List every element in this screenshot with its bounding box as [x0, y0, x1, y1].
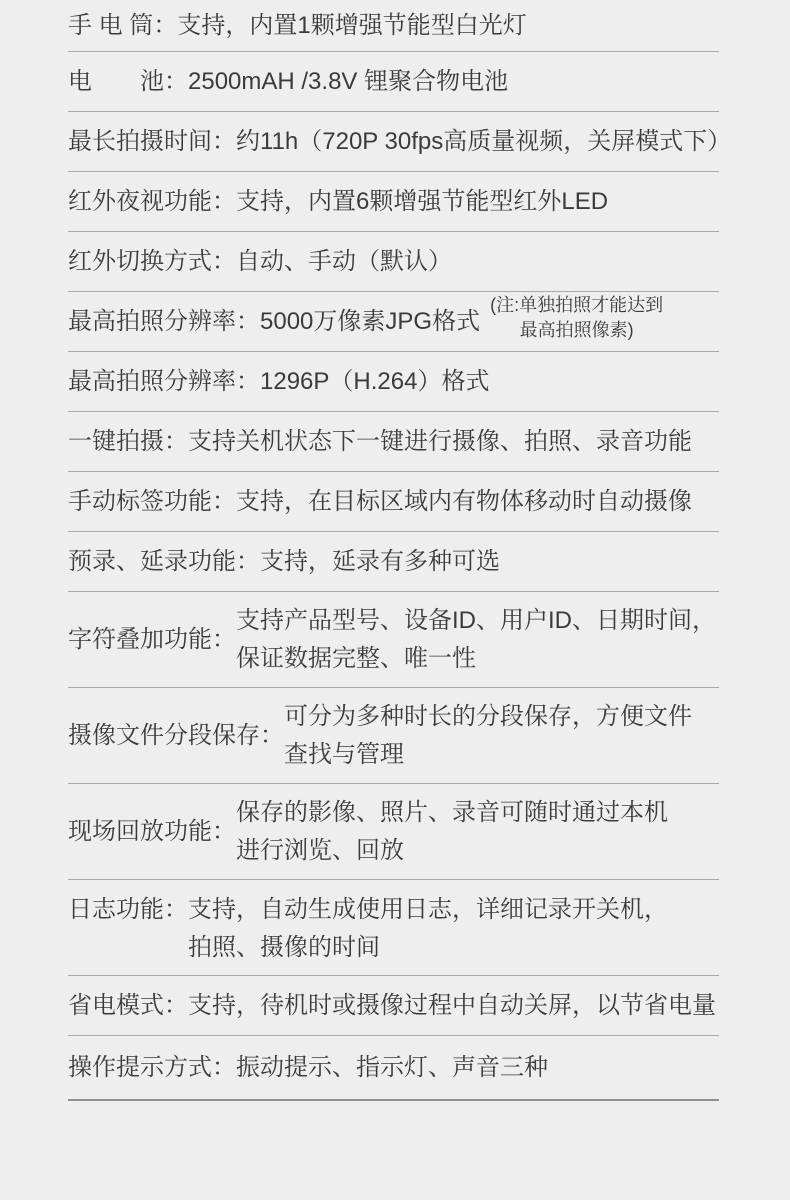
spec-value: 2500mAH /3.8V 锂聚合物电池: [188, 67, 508, 97]
spec-table: 手 电 筒：支持，内置1颗增强节能型白光灯电 池：2500mAH /3.8V 锂…: [0, 0, 790, 1101]
spec-label: 最高拍照分辨率：: [68, 367, 260, 397]
spec-label: 省电模式：: [68, 991, 188, 1021]
spec-label: 手 电 筒：: [68, 11, 177, 41]
spec-row: 操作提示方式：振动提示、指示灯、声音三种: [68, 1036, 719, 1101]
spec-row: 最高拍照分辨率：5000万像素JPG格式(注:单独拍照才能达到 最高拍照像素): [68, 292, 719, 352]
spec-label: 电 池：: [68, 67, 188, 97]
spec-row: 现场回放功能：保存的影像、照片、录音可随时通过本机进行浏览、回放: [68, 784, 719, 880]
spec-row: 一键拍摄：支持关机状态下一键进行摄像、拍照、录音功能: [68, 412, 719, 472]
bottom-spacer: [0, 1101, 790, 1200]
spec-value-lines: 可分为多种时长的分段保存，方便文件查找与管理: [284, 698, 692, 774]
spec-row: 预录、延录功能：支持，延录有多种可选: [68, 532, 719, 592]
spec-value-line: 拍照、摄像的时间: [188, 929, 668, 967]
spec-value: 支持，延录有多种可选: [260, 547, 500, 577]
spec-value-line: 可分为多种时长的分段保存，方便文件: [284, 698, 692, 736]
spec-value-lines: 支持，自动生成使用日志，详细记录开关机，拍照、摄像的时间: [188, 891, 668, 967]
spec-label: 日志功能：: [68, 891, 188, 929]
spec-row: 最高拍照分辨率：1296P（H.264）格式: [68, 352, 719, 412]
spec-row: 红外夜视功能：支持，内置6颗增强节能型红外LED: [68, 172, 719, 232]
spec-row: 字符叠加功能：支持产品型号、设备ID、用户ID、日期时间，保证数据完整、唯一性: [68, 592, 719, 688]
spec-value: 支持，在目标区域内有物体移动时自动摄像: [236, 487, 692, 517]
spec-value-line: 保证数据完整、唯一性: [236, 640, 716, 678]
spec-value-lines: 保存的影像、照片、录音可随时通过本机进行浏览、回放: [236, 794, 668, 870]
spec-row: 摄像文件分段保存：可分为多种时长的分段保存，方便文件查找与管理: [68, 688, 719, 784]
spec-value-line: 进行浏览、回放: [236, 832, 668, 870]
spec-value: 振动提示、指示灯、声音三种: [236, 1053, 548, 1083]
spec-label: 最长拍摄时间：: [68, 127, 236, 157]
spec-value-line: 保存的影像、照片、录音可随时通过本机: [236, 794, 668, 832]
spec-value-line: 支持，自动生成使用日志，详细记录开关机，: [188, 891, 668, 929]
spec-label: 最高拍照分辨率：: [68, 307, 260, 337]
spec-label: 字符叠加功能：: [68, 625, 236, 655]
spec-label: 操作提示方式：: [68, 1053, 236, 1083]
spec-value: 约11h（720P 30fps高质量视频，关屏模式下）: [236, 127, 731, 157]
spec-value-line: 查找与管理: [284, 736, 692, 774]
spec-row: 省电模式：支持，待机时或摄像过程中自动关屏，以节省电量: [68, 976, 719, 1036]
spec-note: (注:单独拍照才能达到 最高拍照像素): [490, 293, 663, 343]
spec-value-lines: 支持产品型号、设备ID、用户ID、日期时间，保证数据完整、唯一性: [236, 602, 716, 678]
spec-row: 电 池：2500mAH /3.8V 锂聚合物电池: [68, 52, 719, 112]
spec-label: 红外夜视功能：: [68, 187, 236, 217]
spec-row: 日志功能：支持，自动生成使用日志，详细记录开关机，拍照、摄像的时间: [68, 880, 719, 976]
spec-label: 红外切换方式：: [68, 247, 236, 277]
spec-label: 摄像文件分段保存：: [68, 721, 284, 751]
spec-value: 5000万像素JPG格式: [260, 307, 480, 337]
spec-row: 手动标签功能：支持，在目标区域内有物体移动时自动摄像: [68, 472, 719, 532]
spec-label: 预录、延录功能：: [68, 547, 260, 577]
spec-label: 手动标签功能：: [68, 487, 236, 517]
spec-row: 手 电 筒：支持，内置1颗增强节能型白光灯: [68, 0, 719, 52]
spec-label: 现场回放功能：: [68, 817, 236, 847]
spec-value: 支持关机状态下一键进行摄像、拍照、录音功能: [188, 427, 692, 457]
spec-row: 最长拍摄时间：约11h（720P 30fps高质量视频，关屏模式下）: [68, 112, 719, 172]
spec-value: 自动、手动（默认）: [236, 247, 452, 277]
spec-value: 支持，内置1颗增强节能型白光灯: [177, 11, 526, 41]
spec-row: 红外切换方式：自动、手动（默认）: [68, 232, 719, 292]
spec-value-line: 支持产品型号、设备ID、用户ID、日期时间，: [236, 602, 716, 640]
spec-label: 一键拍摄：: [68, 427, 188, 457]
spec-value: 1296P（H.264）格式: [260, 367, 489, 397]
spec-value: 支持，待机时或摄像过程中自动关屏，以节省电量: [188, 991, 716, 1021]
spec-value: 支持，内置6颗增强节能型红外LED: [236, 187, 608, 217]
